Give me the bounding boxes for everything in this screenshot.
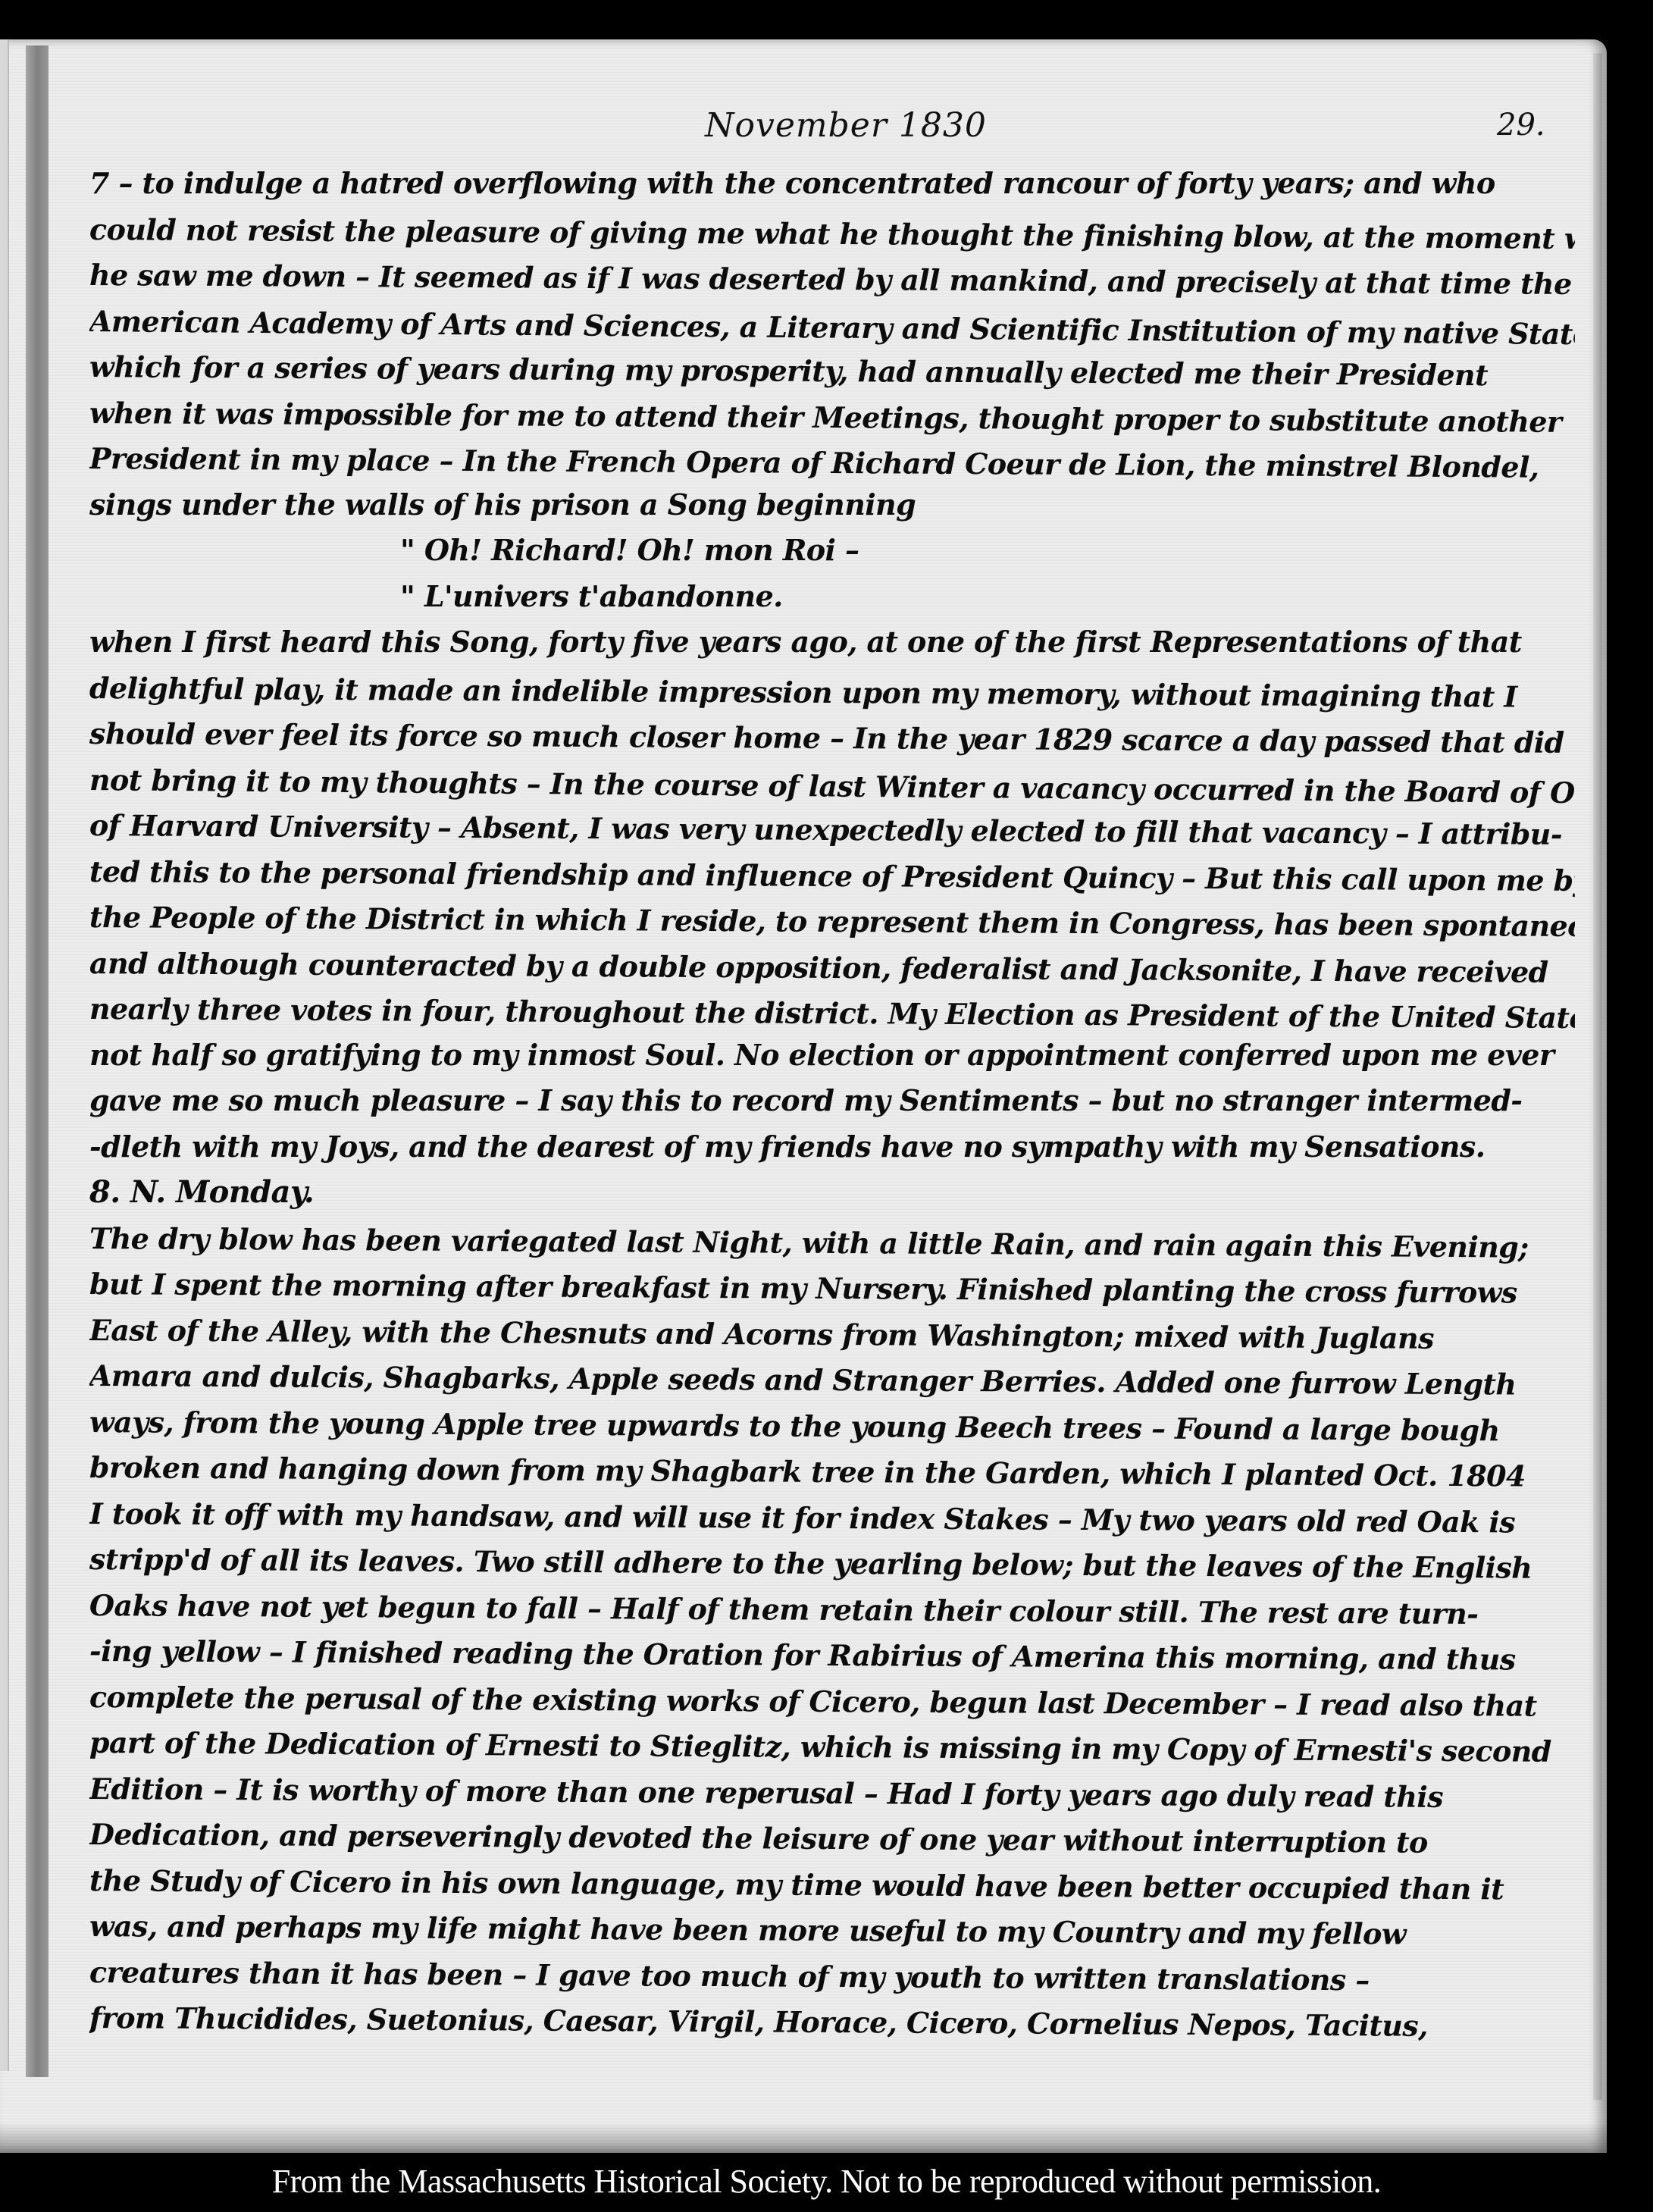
manuscript-line: the People of the District in which I re… (89, 895, 1575, 949)
manuscript-line: he saw me down – It seemed as if I was d… (89, 252, 1575, 307)
quoted-verse-line: " Oh! Richard! Oh! mon Roi – (89, 528, 1575, 574)
manuscript-line: -ing yellow – I finished reading the Ora… (89, 1628, 1575, 1683)
manuscript-line: -dleth with my Joys, and the dearest of … (89, 1124, 1575, 1170)
manuscript-line: when I first heard this Song, forty five… (89, 619, 1575, 666)
binding-shadow (26, 45, 49, 2077)
manuscript-line: but I spent the morning after breakfast … (89, 1261, 1575, 1316)
manuscript-line: of Harvard University – Absent, I was ve… (89, 803, 1575, 857)
manuscript-line: which for a series of years during my pr… (89, 344, 1575, 399)
manuscript-line: Amara and dulcis, Shagbarks, Apple seeds… (89, 1353, 1575, 1408)
page-date-heading: November 1830 (705, 106, 987, 145)
manuscript-line: broken and hanging down from my Shagbark… (89, 1445, 1575, 1499)
manuscript-line: was, and perhaps my life might have been… (89, 1903, 1575, 1958)
page-edge (1593, 53, 1602, 2100)
page-header: November 1830 29. (0, 106, 1607, 159)
manuscript-line: gave me so much pleasure – I say this to… (89, 1078, 1575, 1124)
quoted-verse-line: " L'univers t'abandonne. (89, 574, 1575, 620)
manuscript-line: should ever feel its force so much close… (89, 711, 1575, 766)
page-bottom-shadow (0, 2123, 1607, 2153)
manuscript-text: 7 – to indulge a hatred overflowing with… (89, 161, 1575, 2041)
manuscript-line: stripp'd of all its leaves. Two still ad… (89, 1537, 1575, 1591)
manuscript-page: November 1830 29. 7 – to indulge a hatre… (0, 39, 1607, 2153)
manuscript-line: part of the Dedication of Ernesti to Sti… (89, 1720, 1575, 1775)
manuscript-line: from Thucidides, Suetonius, Caesar, Virg… (89, 1995, 1575, 2050)
manuscript-line: Dedication, and perseveringly devoted th… (89, 1812, 1575, 1866)
copyright-caption: From the Massachusetts Historical Societ… (0, 2162, 1653, 2201)
manuscript-line: President in my place – In the French Op… (89, 436, 1575, 490)
manuscript-line: 7 – to indulge a hatred overflowing with… (89, 161, 1575, 207)
entry-dateline: 8. N. Monday. (89, 1170, 1575, 1216)
page-number: 29. (1497, 108, 1545, 143)
facing-page-edge (0, 39, 9, 2071)
manuscript-line: nearly three votes in four, throughout t… (89, 986, 1575, 1041)
